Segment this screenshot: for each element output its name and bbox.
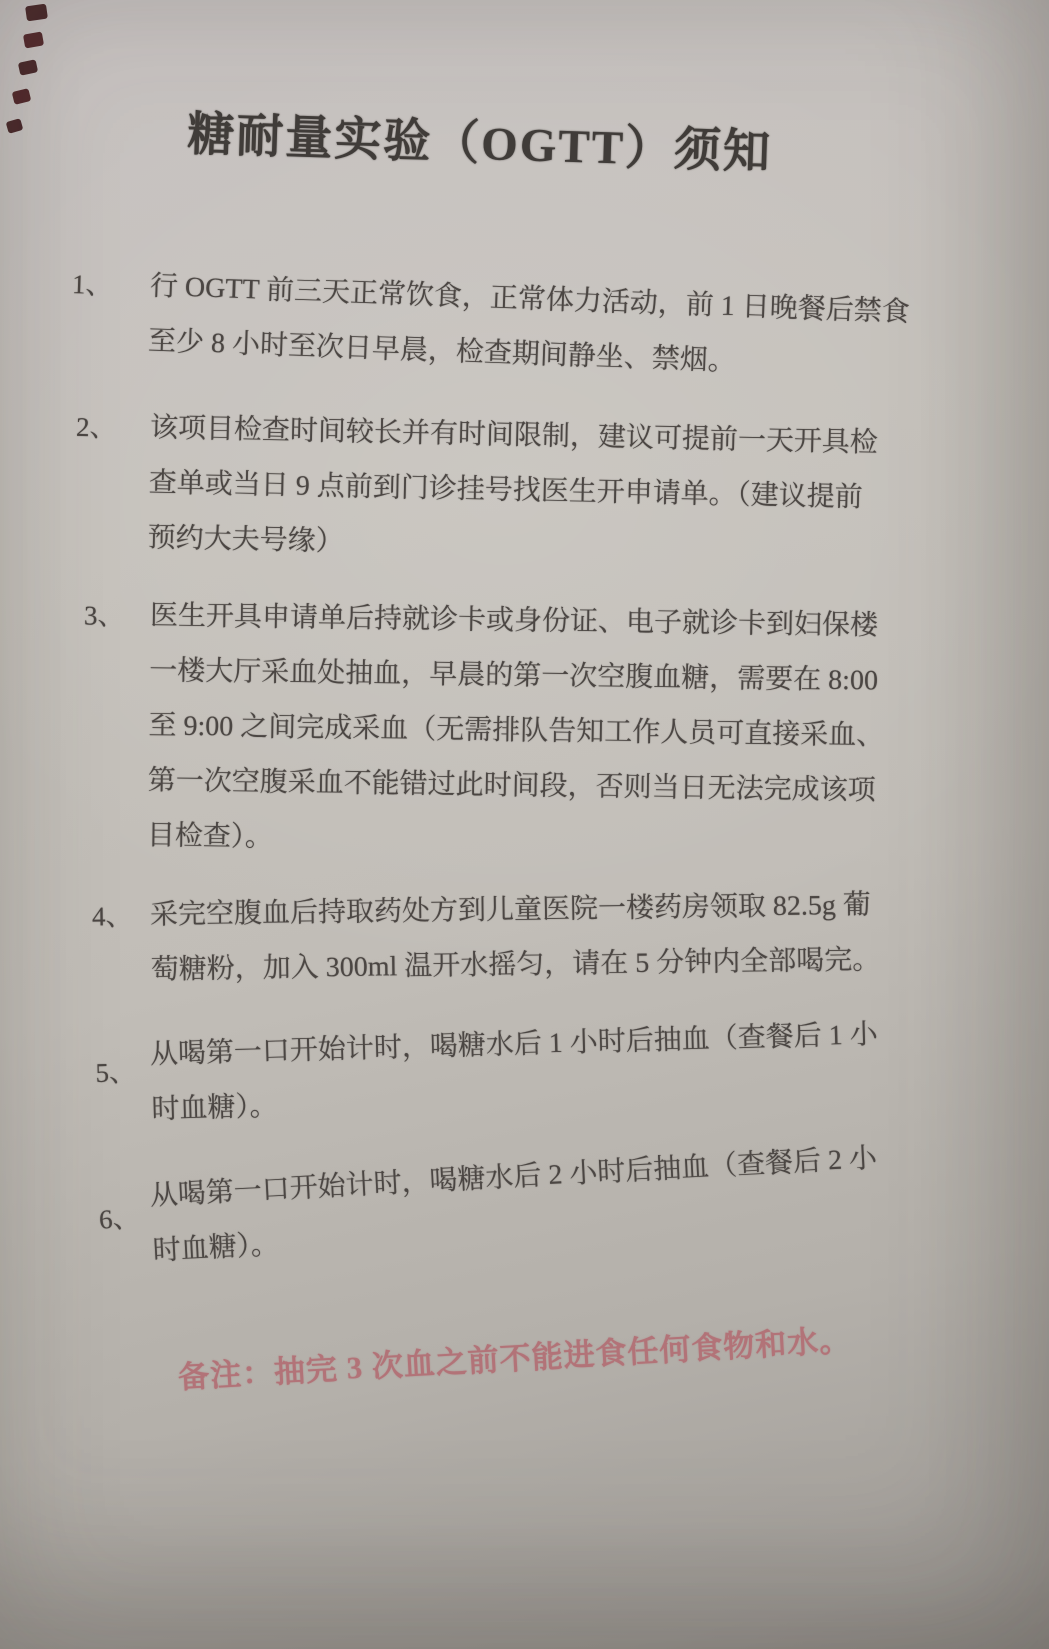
notice-item-2: 2、 该项目检查时间较长并有时间限制，建议可提前一天开具检 查单或当日 9 点前… bbox=[0, 397, 920, 581]
item-number: 6、 bbox=[98, 1196, 140, 1237]
item-number: 4、 bbox=[92, 894, 133, 934]
item-number: 3、 bbox=[84, 593, 125, 633]
notice-item-5: 5、 从喝第一口开始计时，喝糖水后 1 小时后抽血（查餐后 1 小 时血糖）。 bbox=[0, 1006, 922, 1142]
notice-item-3: 3、 医生开具申请单后持就诊卡或身份证、电子就诊卡到妇保楼 一楼大厅采血处抽血，… bbox=[0, 586, 920, 874]
item-number: 2、 bbox=[76, 405, 117, 445]
item-line: 萄糖粉，加入 300ml 温开水摇匀，请在 5 分钟内全部喝完。 bbox=[150, 932, 921, 998]
dark-edge-mark bbox=[6, 118, 24, 134]
item-number: 1、 bbox=[71, 262, 113, 302]
document-photo: 糖耐量实验（OGTT）须知 1、 行 OGTT 前三天正常饮食，正常体力活动，前… bbox=[0, 0, 1049, 1649]
document-title: 糖耐量实验（OGTT）须知 bbox=[159, 96, 801, 183]
notice-item-4: 4、 采完空腹血后持取药处方到儿童医院一楼药房领取 82.5g 葡 萄糖粉，加入… bbox=[0, 877, 921, 1000]
dark-edge-mark bbox=[18, 59, 38, 75]
remark-note: 备注：抽完 3 次血之前不能进食任何食物和水。 bbox=[177, 1314, 852, 1397]
item-number: 5、 bbox=[95, 1050, 137, 1090]
dark-edge-mark bbox=[25, 4, 48, 22]
dark-edge-mark bbox=[23, 31, 44, 48]
notice-item-1: 1、 行 OGTT 前三天正常饮食，正常体力活动，前 1 日晚餐后禁食 至少 8… bbox=[0, 253, 920, 395]
item-line: 目检查）。 bbox=[147, 808, 918, 874]
dark-edge-mark bbox=[12, 88, 32, 105]
notice-item-6: 6、 从喝第一口开始计时，喝糖水后 2 小时后抽血（查餐后 2 小 时血糖）。 bbox=[0, 1129, 923, 1287]
